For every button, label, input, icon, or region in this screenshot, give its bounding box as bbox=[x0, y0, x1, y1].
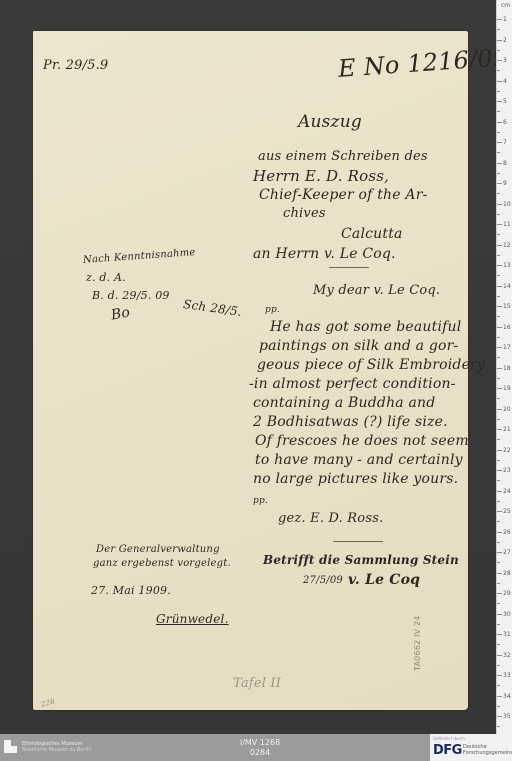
ruler-half-tick bbox=[497, 193, 500, 194]
ruler-half-tick bbox=[497, 296, 500, 297]
measurement-ruler: cm 1234567891011121314151617181920212223… bbox=[496, 0, 512, 734]
body-line: containing a Buddha and bbox=[253, 395, 435, 411]
ruler-tick-label: 33 bbox=[503, 672, 511, 679]
dfg-org-name: Deutsche Forschungsgemeinschaft bbox=[463, 744, 512, 756]
pencil-note: Tafel II bbox=[233, 676, 281, 691]
institution-subtitle: Staatliche Museen zu Berlin bbox=[22, 747, 91, 753]
ruler-tick bbox=[497, 40, 502, 41]
ruler-half-tick bbox=[497, 706, 500, 707]
record-id: I/MV 1268 bbox=[200, 738, 320, 748]
margin-note-line: B. d. 29/5. 09 bbox=[92, 289, 170, 302]
ruler-tick bbox=[497, 696, 502, 697]
funded-by-label: Gefördert durch bbox=[433, 736, 465, 741]
ruler-tick bbox=[497, 593, 502, 594]
body-line: to have many - and certainly bbox=[255, 452, 463, 468]
institution-label: Ethnologisches Museum Staatliche Museen … bbox=[22, 741, 91, 753]
ruler-half-tick bbox=[497, 624, 500, 625]
ruler-half-tick bbox=[497, 50, 500, 51]
ruler-tick-label: 16 bbox=[503, 324, 511, 331]
ruler-tick-label: 2 bbox=[503, 37, 507, 44]
intro-line: Chief-Keeper of the Ar- bbox=[259, 187, 428, 203]
ruler-tick bbox=[497, 286, 502, 287]
ruler-half-tick bbox=[497, 378, 500, 379]
ruler-tick bbox=[497, 532, 502, 533]
ruler-tick bbox=[497, 491, 502, 492]
ruler-tick bbox=[497, 511, 502, 512]
body-line: Of frescoes he does not seem bbox=[255, 433, 469, 449]
ruler-tick bbox=[497, 265, 502, 266]
forwarding-signature: Grünwedel. bbox=[156, 612, 229, 626]
ruler-half-tick bbox=[497, 152, 500, 153]
ruler-tick-label: 18 bbox=[503, 365, 511, 372]
corner-number: 228 bbox=[40, 697, 56, 708]
subject-signature: v. Le Coq bbox=[348, 572, 420, 588]
ruler-tick-label: 21 bbox=[503, 426, 511, 433]
ruler-tick-label: 32 bbox=[503, 652, 511, 659]
ruler-half-tick bbox=[497, 460, 500, 461]
ruler-unit: cm bbox=[501, 2, 510, 9]
ruler-tick bbox=[497, 655, 502, 656]
ruler-tick bbox=[497, 573, 502, 574]
ruler-tick bbox=[497, 347, 502, 348]
pp-mark-2: pp. bbox=[253, 496, 268, 506]
intro-line: aus einem Schreiben des bbox=[258, 149, 428, 164]
ruler-half-tick bbox=[497, 173, 500, 174]
ruler-tick-label: 1 bbox=[503, 16, 507, 23]
intro-line: an Herrn v. Le Coq. bbox=[253, 246, 396, 262]
ruler-half-tick bbox=[497, 562, 500, 563]
dfg-mark-icon: DFG bbox=[433, 743, 462, 758]
forwarding-line: ganz ergebenst vorgelegt. bbox=[93, 558, 231, 569]
ruler-half-tick bbox=[497, 275, 500, 276]
ruler-tick bbox=[497, 183, 502, 184]
ruler-half-tick bbox=[497, 132, 500, 133]
ruler-tick-label: 19 bbox=[503, 385, 511, 392]
divider-line bbox=[333, 541, 383, 542]
ruler-tick bbox=[497, 634, 502, 635]
ruler-half-tick bbox=[497, 644, 500, 645]
forwarding-date: 27. Mai 1909. bbox=[91, 584, 171, 597]
body-line: 2 Bodhisatwas (?) life size. bbox=[253, 414, 448, 430]
ruler-tick-label: 3 bbox=[503, 57, 507, 64]
ruler-half-tick bbox=[497, 521, 500, 522]
ruler-tick bbox=[497, 122, 502, 123]
ruler-half-tick bbox=[497, 501, 500, 502]
dfg-logo: Gefördert durch DFG Deutsche Forschungsg… bbox=[430, 734, 512, 761]
ruler-tick bbox=[497, 675, 502, 676]
subject-line: Betrifft die Sammlung Stein bbox=[263, 553, 459, 567]
ruler-tick-label: 25 bbox=[503, 508, 511, 515]
ruler-half-tick bbox=[497, 255, 500, 256]
salutation: My dear v. Le Coq. bbox=[313, 283, 440, 298]
ruler-half-tick bbox=[497, 419, 500, 420]
ruler-tick-label: 24 bbox=[503, 488, 511, 495]
archive-footer: Ethnologisches Museum Staatliche Museen … bbox=[0, 734, 512, 761]
letter-page: Pr. 29/5.9 E No 1216/09 Auszug aus einem… bbox=[33, 31, 468, 710]
dfg-org-line: Forschungsgemeinschaft bbox=[463, 750, 512, 756]
ruler-half-tick bbox=[497, 439, 500, 440]
ruler-tick bbox=[497, 101, 502, 102]
ruler-half-tick bbox=[497, 603, 500, 604]
museum-logo-icon bbox=[4, 740, 17, 753]
ruler-tick-label: 9 bbox=[503, 180, 507, 187]
ruler-tick bbox=[497, 224, 502, 225]
ruler-tick-label: 11 bbox=[503, 221, 511, 228]
ruler-half-tick bbox=[497, 234, 500, 235]
ruler-tick-label: 13 bbox=[503, 262, 511, 269]
ruler-tick bbox=[497, 614, 502, 615]
ruler-tick bbox=[497, 204, 502, 205]
ruler-tick-label: 12 bbox=[503, 242, 511, 249]
ruler-tick bbox=[497, 327, 502, 328]
ruler-tick-label: 23 bbox=[503, 467, 511, 474]
ruler-tick bbox=[497, 19, 502, 20]
ruler-tick-label: 20 bbox=[503, 406, 511, 413]
ruler-tick-label: 14 bbox=[503, 283, 511, 290]
ruler-tick bbox=[497, 716, 502, 717]
ruler-tick-label: 7 bbox=[503, 139, 507, 146]
margin-initials: Sch 28/5. bbox=[182, 297, 242, 319]
ruler-half-tick bbox=[497, 316, 500, 317]
body-line: geous piece of Silk Embroidery bbox=[257, 357, 485, 373]
margin-initials: Bo bbox=[110, 304, 132, 323]
intro-line: chives bbox=[283, 206, 326, 221]
margin-note-line: Nach Kenntnisnahme bbox=[83, 247, 196, 266]
subject-date: 27/5/09 bbox=[303, 575, 343, 586]
ruler-tick-label: 34 bbox=[503, 693, 511, 700]
ruler-tick bbox=[497, 163, 502, 164]
body-line: no large pictures like yours. bbox=[253, 471, 458, 487]
ruler-half-tick bbox=[497, 665, 500, 666]
ruler-half-tick bbox=[497, 214, 500, 215]
ruler-tick bbox=[497, 409, 502, 410]
letter-signature: gez. E. D. Ross. bbox=[278, 511, 383, 526]
ruler-tick-label: 5 bbox=[503, 98, 507, 105]
forwarding-line: Der Generalverwaltung bbox=[96, 544, 220, 555]
pp-mark: pp. bbox=[265, 305, 280, 315]
body-line: -in almost perfect condition- bbox=[249, 376, 456, 392]
ruler-half-tick bbox=[497, 337, 500, 338]
ruler-half-tick bbox=[497, 357, 500, 358]
ruler-tick bbox=[497, 429, 502, 430]
ruler-tick-label: 31 bbox=[503, 631, 511, 638]
body-line: He has got some beautiful bbox=[270, 319, 461, 335]
ruler-tick bbox=[497, 306, 502, 307]
ruler-tick-label: 8 bbox=[503, 160, 507, 167]
ruler-half-tick bbox=[497, 480, 500, 481]
ruler-tick bbox=[497, 368, 502, 369]
ruler-tick-label: 26 bbox=[503, 529, 511, 536]
ruler-tick-label: 29 bbox=[503, 590, 511, 597]
ruler-half-tick bbox=[497, 29, 500, 30]
ruler-tick-label: 30 bbox=[503, 611, 511, 618]
ruler-tick-label: 4 bbox=[503, 78, 507, 85]
page-number: 0284 bbox=[200, 748, 320, 758]
ruler-tick-label: 6 bbox=[503, 119, 507, 126]
ruler-tick bbox=[497, 450, 502, 451]
intro-line: Herrn E. D. Ross, bbox=[253, 167, 389, 185]
ruler-half-tick bbox=[497, 111, 500, 112]
ruler-tick bbox=[497, 142, 502, 143]
ruler-half-tick bbox=[497, 685, 500, 686]
ruler-tick bbox=[497, 552, 502, 553]
intro-line: Calcutta bbox=[341, 226, 403, 242]
divider-line bbox=[329, 267, 369, 268]
margin-note-line: z. d. A. bbox=[86, 271, 126, 284]
ruler-tick bbox=[497, 81, 502, 82]
top-left-note: Pr. 29/5.9 bbox=[43, 58, 108, 73]
vertical-inventory-stamp: TA0662 IV 24 bbox=[413, 615, 422, 671]
ruler-tick bbox=[497, 245, 502, 246]
document-heading: Auszug bbox=[298, 112, 362, 132]
ruler-tick bbox=[497, 60, 502, 61]
ruler-tick-label: 27 bbox=[503, 549, 511, 556]
ruler-half-tick bbox=[497, 583, 500, 584]
ruler-tick-label: 28 bbox=[503, 570, 511, 577]
ruler-tick-label: 10 bbox=[503, 201, 511, 208]
ruler-half-tick bbox=[497, 70, 500, 71]
ruler-tick-label: 15 bbox=[503, 303, 511, 310]
body-line: paintings on silk and a gor- bbox=[259, 338, 458, 354]
ruler-tick-label: 35 bbox=[503, 713, 511, 720]
ruler-half-tick bbox=[497, 91, 500, 92]
ruler-half-tick bbox=[497, 726, 500, 727]
ruler-half-tick bbox=[497, 542, 500, 543]
ruler-tick bbox=[497, 388, 502, 389]
ruler-half-tick bbox=[497, 398, 500, 399]
ruler-tick-label: 22 bbox=[503, 447, 511, 454]
ruler-tick-label: 17 bbox=[503, 344, 511, 351]
ruler-tick bbox=[497, 470, 502, 471]
record-info: I/MV 1268 0284 bbox=[200, 738, 320, 758]
